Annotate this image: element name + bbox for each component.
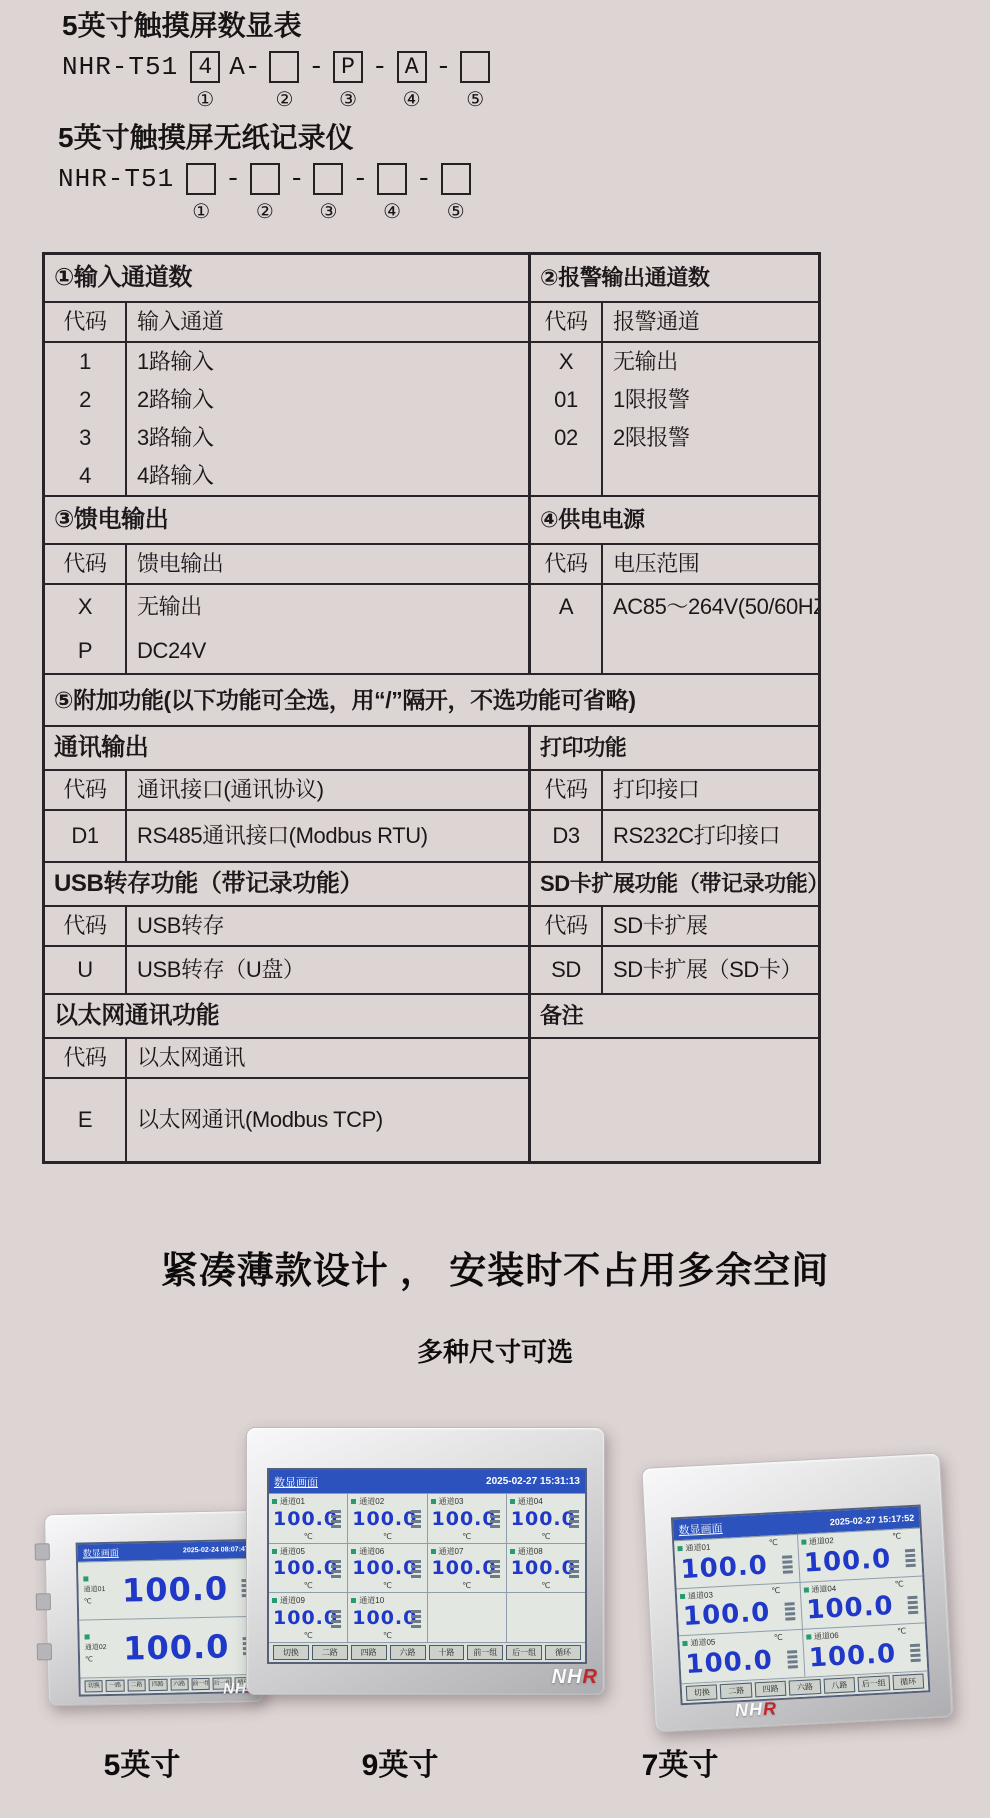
spec-cell-code: A xyxy=(528,585,601,629)
spec-cell-code: 02 xyxy=(528,419,601,457)
channel-cell: 通道04℃100.0 xyxy=(800,1576,925,1629)
spec-cell-desc: RS232C打印接口 xyxy=(601,811,818,861)
spec-col-header: 代码 xyxy=(528,907,601,947)
channel-body: 100.0 xyxy=(510,1557,582,1582)
spec-cell-desc: DC24V xyxy=(125,629,528,673)
spec-cell-code: 4 xyxy=(45,457,125,495)
channel-grid: 通道01100.0℃通道02100.0℃通道03100.0℃通道04100.0℃… xyxy=(269,1493,585,1642)
channel-body: 100.0 xyxy=(431,1557,503,1582)
signal-bars-icon xyxy=(784,1603,795,1621)
channel-status-dot-icon xyxy=(272,1549,277,1554)
screen-button: 前一组 xyxy=(467,1645,503,1660)
spec-section-title: 以太网通讯功能 xyxy=(45,995,528,1039)
screen-button: 六路 xyxy=(789,1679,821,1696)
spec-cell-code: E xyxy=(45,1079,125,1161)
screen-header: 数显画面2025-02-27 15:31:13 xyxy=(269,1470,585,1493)
marketing-subheading: 多种尺寸可选 xyxy=(0,1332,990,1369)
model-code-segment: ② xyxy=(250,163,280,223)
signal-bars-icon xyxy=(490,1560,500,1578)
channel-cell: 通道02℃100.0 xyxy=(79,1617,256,1678)
product-title-paperless-recorder: 5英寸触摸屏无纸记录仪 xyxy=(58,116,477,156)
channel-status-dot-icon xyxy=(803,1587,808,1592)
model-code-text: - xyxy=(308,51,324,83)
spec-cell-code: X xyxy=(528,343,601,381)
model-code-box: 4 xyxy=(190,51,220,83)
spec-cell-desc xyxy=(601,629,818,673)
spec-cell-code: SD xyxy=(528,947,601,993)
spec-col-header: 代码 xyxy=(45,771,125,811)
channel-status-dot-icon xyxy=(801,1539,806,1544)
spec-section-title: 打印功能 xyxy=(528,727,818,771)
model-position-marker: ② xyxy=(256,199,274,223)
spec-cell-desc: AC85～264V(50/60HZ) xyxy=(601,585,818,629)
channel-name: 通道02 xyxy=(359,1496,384,1507)
channel-value: 100.0 xyxy=(111,1572,239,1607)
model-position-marker: ③ xyxy=(339,87,357,111)
channel-body: 100.0 xyxy=(272,1507,344,1532)
model-block-digital-display: 5英寸触摸屏数显表 NHR-T514①A-②-P③-A④-⑤ xyxy=(62,4,496,111)
screen-button-bar: 切换二路四路六路十路前一组后一组循环 xyxy=(269,1642,585,1662)
model-position-marker: ⑤ xyxy=(447,199,465,223)
model-position-marker: ① xyxy=(196,87,214,111)
model-position-marker: ④ xyxy=(383,199,401,223)
model-code-segment: ⑤ xyxy=(460,51,490,111)
channel-value: 100.0 xyxy=(680,1552,768,1583)
channel-name: 通道07 xyxy=(439,1546,464,1557)
channel-status-dot-icon xyxy=(680,1594,685,1599)
model-code-box xyxy=(460,51,490,83)
channel-cell: 通道03100.0℃ xyxy=(428,1494,506,1543)
spec-section-title: SD卡扩展功能（带记录功能） xyxy=(528,863,818,907)
spec-section-title: ⑤附加功能(以下功能可全选，用“/”隔开，不选功能可省略) xyxy=(45,675,818,725)
device-7in: 数显画面2025-02-27 15:17:52通道01℃100.0通道02℃10… xyxy=(641,1452,953,1732)
spec-section-title: ①输入通道数 xyxy=(45,255,528,303)
channel-body: 100.0 xyxy=(678,1548,796,1586)
model-code-segment: ③ xyxy=(313,163,343,223)
channel-body: 100.0 xyxy=(272,1557,344,1582)
signal-bars-icon xyxy=(490,1510,500,1528)
model-code-line: NHR-T514①A-②-P③-A④-⑤ xyxy=(62,51,496,111)
screen-title: 数显画面 xyxy=(274,1474,318,1490)
channel-cell: 通道01℃100.0 xyxy=(78,1559,255,1620)
spec-cell-code: 1 xyxy=(45,343,125,381)
model-code-segment: A④ xyxy=(397,51,427,111)
spec-col-header: 打印接口 xyxy=(601,771,818,811)
spec-cell-code xyxy=(528,629,601,673)
channel-unit: ℃ xyxy=(769,1538,778,1547)
channel-unit: ℃ xyxy=(894,1579,903,1588)
channel-body: 100.0 xyxy=(680,1596,798,1634)
model-block-paperless-recorder: 5英寸触摸屏无纸记录仪 NHR-T51①-②-③-④-⑤ xyxy=(58,116,477,223)
model-code-box xyxy=(186,163,216,195)
screen-button: 四路 xyxy=(149,1679,168,1691)
channel-header: 通道10 xyxy=(351,1595,423,1606)
spec-cell-code: X xyxy=(45,585,125,629)
channel-unit: ℃ xyxy=(85,1655,93,1663)
channel-body: 100.0 xyxy=(510,1507,582,1532)
channel-value: 100.0 xyxy=(511,1510,576,1529)
device-size-label: 5英寸 xyxy=(62,1740,222,1784)
channel-value: 100.0 xyxy=(432,1510,497,1529)
channel-cell: 通道07100.0℃ xyxy=(428,1544,506,1593)
spec-section: USB转存功能（带记录功能）SD卡扩展功能（带记录功能）代码USB转存代码SD卡… xyxy=(45,863,818,995)
channel-unit: ℃ xyxy=(272,1631,344,1640)
spec-col-header: 代码 xyxy=(528,545,601,585)
signal-bars-icon xyxy=(331,1560,341,1578)
brand-logo: NHR xyxy=(735,1698,778,1721)
screen-button: 循环 xyxy=(892,1674,924,1691)
channel-unit: ℃ xyxy=(351,1581,423,1590)
spec-col-header: USB转存 xyxy=(125,907,528,947)
channel-status-dot-icon xyxy=(351,1549,356,1554)
channel-name: 通道01 xyxy=(83,1584,105,1594)
spec-cell-desc: 1路输入 xyxy=(125,343,528,381)
channel-status-dot-icon xyxy=(806,1635,811,1640)
model-code-text: - xyxy=(372,51,388,83)
model-code-box xyxy=(441,163,471,195)
channel-name: 通道02 xyxy=(85,1642,107,1652)
channel-name: 通道05 xyxy=(280,1546,305,1557)
channel-unit: ℃ xyxy=(510,1581,582,1590)
channel-unit: ℃ xyxy=(84,1597,92,1605)
channel-name: 通道08 xyxy=(518,1546,543,1557)
channel-value: 100.0 xyxy=(352,1609,417,1628)
model-prefix: NHR-T51 xyxy=(58,163,174,195)
signal-bars-icon xyxy=(910,1644,921,1662)
screen-button: 一路 xyxy=(106,1680,125,1692)
channel-status-dot-icon xyxy=(510,1499,515,1504)
channel-body: 100.0 xyxy=(351,1606,423,1631)
channel-body: 100.0 xyxy=(351,1507,423,1532)
channel-value: 100.0 xyxy=(511,1559,576,1578)
model-code-box xyxy=(313,163,343,195)
channel-body: 100.0 xyxy=(272,1606,344,1631)
channel-header: 通道03 xyxy=(431,1496,503,1507)
channel-status-dot-icon xyxy=(85,1634,90,1639)
channel-grid: 通道01℃100.0通道02℃100.0 xyxy=(78,1558,256,1678)
model-code-box xyxy=(250,163,280,195)
device-size-label: 7英寸 xyxy=(600,1740,760,1784)
channel-meta: 通道01℃ xyxy=(83,1576,112,1606)
model-code-segment: ④ xyxy=(377,163,407,223)
channel-status-dot-icon xyxy=(431,1549,436,1554)
channel-body: 100.0 xyxy=(804,1589,922,1627)
screen-button: 前一组 xyxy=(191,1678,210,1690)
spec-cell-code: D3 xyxy=(528,811,601,861)
spec-section-title: USB转存功能（带记录功能） xyxy=(45,863,528,907)
channel-unit: ℃ xyxy=(897,1627,906,1636)
screen-button: 后一组 xyxy=(858,1675,890,1692)
channel-meta: 通道02℃ xyxy=(85,1634,114,1664)
screen-timestamp: 2025-02-27 15:31:13 xyxy=(486,1476,580,1487)
channel-value: 100.0 xyxy=(273,1609,338,1628)
screen-title: 数显画面 xyxy=(678,1519,723,1537)
spec-col-header: 代码 xyxy=(45,545,125,585)
model-code-segment: P③ xyxy=(333,51,363,111)
marketing-heading: 紧凑薄款设计 ， 安装时不占用多余空间 xyxy=(0,1240,990,1294)
channel-header: 通道08 xyxy=(510,1546,582,1557)
screen-timestamp: 2025-02-27 15:17:52 xyxy=(829,1512,914,1526)
model-code-segment: ② xyxy=(269,51,299,111)
channel-cell: 通道05℃100.0 xyxy=(679,1630,804,1683)
spec-section: 通讯输出打印功能代码通讯接口(通讯协议)代码打印接口D1RS485通讯接口(Mo… xyxy=(45,727,818,863)
signal-bars-icon xyxy=(569,1560,579,1578)
product-title-digital-display: 5英寸触摸屏数显表 xyxy=(62,4,496,44)
model-code-text: - xyxy=(289,163,305,195)
channel-value: 100.0 xyxy=(808,1641,896,1672)
channel-header: 通道02 xyxy=(351,1496,423,1507)
screen-button: 十路 xyxy=(429,1645,465,1660)
channel-value: 100.0 xyxy=(352,1510,417,1529)
model-code-segment: 4① xyxy=(190,51,220,111)
channel-header: 通道09 xyxy=(272,1595,344,1606)
spec-section: ⑤附加功能(以下功能可全选，用“/”隔开，不选功能可省略) xyxy=(45,675,818,727)
spec-col-header: 代码 xyxy=(528,771,601,811)
channel-value: 100.0 xyxy=(352,1559,417,1578)
screen-button: 二路 xyxy=(312,1645,348,1660)
signal-bars-icon xyxy=(411,1510,421,1528)
spec-cell-desc: 4路输入 xyxy=(125,457,528,495)
channel-status-dot-icon xyxy=(431,1499,436,1504)
screen-button: 四路 xyxy=(754,1681,786,1698)
spec-cell-empty xyxy=(528,1039,818,1161)
screen-button: 六路 xyxy=(170,1678,189,1690)
channel-unit: ℃ xyxy=(351,1532,423,1541)
channel-cell: 通道01℃100.0 xyxy=(674,1535,799,1588)
channel-name: 通道01 xyxy=(280,1496,305,1507)
spec-section-title: ④供电电源 xyxy=(528,497,818,545)
channel-body: 100.0 xyxy=(683,1643,801,1681)
channel-cell: 通道02℃100.0 xyxy=(797,1529,922,1582)
channel-unit: ℃ xyxy=(431,1532,503,1541)
model-position-marker: ② xyxy=(275,87,293,111)
spec-cell-code: 2 xyxy=(45,381,125,419)
channel-unit: ℃ xyxy=(510,1532,582,1541)
channel-grid: 通道01℃100.0通道02℃100.0通道03℃100.0通道04℃100.0… xyxy=(674,1528,927,1684)
spec-cell-desc: RS485通讯接口(Modbus RTU) xyxy=(125,811,528,861)
model-position-marker: ④ xyxy=(403,87,421,111)
screen-button: 切换 xyxy=(686,1684,718,1701)
channel-cell: 通道09100.0℃ xyxy=(269,1593,347,1642)
spec-col-header: SD卡扩展 xyxy=(601,907,818,947)
spec-cell-desc: 无输出 xyxy=(125,585,528,629)
channel-header: 通道05 xyxy=(272,1546,344,1557)
screen-timestamp: 2025-02-24 08:07:47 xyxy=(183,1546,249,1554)
channel-value: 100.0 xyxy=(273,1510,338,1529)
screen-title: 数显画面 xyxy=(83,1546,119,1560)
mounting-lug xyxy=(35,1543,50,1560)
signal-bars-icon xyxy=(782,1555,793,1573)
channel-status-dot-icon xyxy=(351,1598,356,1603)
spec-col-header: 输入通道 xyxy=(125,303,528,343)
model-code-text: - xyxy=(352,163,368,195)
signal-bars-icon xyxy=(569,1510,579,1528)
spec-cell-desc: SD卡扩展（SD卡） xyxy=(601,947,818,993)
model-prefix: NHR-T51 xyxy=(62,51,178,83)
spec-cell-desc: 2限报警 xyxy=(601,419,818,457)
channel-cell: 通道01100.0℃ xyxy=(269,1494,347,1543)
model-code-text: - xyxy=(436,51,452,83)
channel-name: 通道06 xyxy=(359,1546,384,1557)
channel-value: 100.0 xyxy=(273,1559,338,1578)
device-screen: 数显画面2025-02-24 08:07:47通道01℃100.0通道02℃10… xyxy=(76,1539,259,1697)
model-code-box: A xyxy=(397,51,427,83)
channel-cell: 通道10100.0℃ xyxy=(348,1593,426,1642)
model-position-marker: ⑤ xyxy=(466,87,484,111)
screen-button: 二路 xyxy=(127,1679,146,1691)
channel-unit: ℃ xyxy=(431,1581,503,1590)
spec-cell-code: D1 xyxy=(45,811,125,861)
device-9in: 数显画面2025-02-27 15:31:13通道01100.0℃通道02100… xyxy=(246,1427,605,1695)
spec-section: 以太网通讯功能备注代码以太网通讯E以太网通讯(Modbus TCP) xyxy=(45,995,818,1161)
signal-bars-icon xyxy=(905,1549,916,1567)
channel-header: 通道04 xyxy=(510,1496,582,1507)
channel-body: 100.0 xyxy=(431,1507,503,1532)
model-code-box xyxy=(377,163,407,195)
mounting-lug xyxy=(37,1643,52,1660)
signal-bars-icon xyxy=(331,1610,341,1628)
spec-col-header: 以太网通讯 xyxy=(125,1039,528,1079)
channel-cell: 通道08100.0℃ xyxy=(507,1544,585,1593)
channel-unit: ℃ xyxy=(351,1631,423,1640)
spec-cell-desc: USB转存（U盘） xyxy=(125,947,528,993)
spec-col-header: 通讯接口(通讯协议) xyxy=(125,771,528,811)
channel-cell: 通道06100.0℃ xyxy=(348,1544,426,1593)
channel-value: 100.0 xyxy=(806,1593,894,1624)
device-screen: 数显画面2025-02-27 15:17:52通道01℃100.0通道02℃10… xyxy=(671,1504,930,1705)
channel-name: 通道03 xyxy=(439,1496,464,1507)
channel-cell: 通道03℃100.0 xyxy=(677,1583,802,1636)
spec-section-title: ②报警输出通道数 xyxy=(528,255,818,303)
channel-value: 100.0 xyxy=(685,1648,773,1679)
spec-col-header: 电压范围 xyxy=(601,545,818,585)
screen-button: 循环 xyxy=(545,1645,581,1660)
screen-button: 四路 xyxy=(351,1645,387,1660)
spec-col-header: 代码 xyxy=(45,907,125,947)
spec-section: ③馈电输出④供电电源代码馈电输出代码电压范围X无输出AAC85～264V(50/… xyxy=(45,497,818,675)
model-code-box: P xyxy=(333,51,363,83)
channel-status-dot-icon xyxy=(272,1598,277,1603)
model-code-segment: ⑤ xyxy=(441,163,471,223)
spec-cell-code: U xyxy=(45,947,125,993)
model-code-line: NHR-T51①-②-③-④-⑤ xyxy=(58,163,477,223)
model-code-box xyxy=(269,51,299,83)
channel-value: 100.0 xyxy=(803,1546,891,1577)
spec-cell-desc: 2路输入 xyxy=(125,381,528,419)
channel-value: 100.0 xyxy=(682,1600,770,1631)
channel-body: 100.0 xyxy=(351,1557,423,1582)
channel-cell: 通道04100.0℃ xyxy=(507,1494,585,1543)
channel-unit: ℃ xyxy=(272,1532,344,1541)
spec-col-header: 代码 xyxy=(45,303,125,343)
channel-body: 100.0 xyxy=(801,1542,919,1580)
device-5in: 数显画面2025-02-24 08:07:47通道01℃100.0通道02℃10… xyxy=(44,1510,264,1706)
spec-col-header: 报警通道 xyxy=(601,303,818,343)
screen-button: 二路 xyxy=(720,1683,752,1700)
channel-status-dot-icon xyxy=(83,1576,88,1581)
spec-cell-desc xyxy=(601,457,818,495)
signal-bars-icon xyxy=(787,1650,798,1668)
brand-logo: NHR xyxy=(552,1666,598,1689)
channel-status-dot-icon xyxy=(351,1499,356,1504)
channel-status-dot-icon xyxy=(677,1546,682,1551)
channel-cell: 通道05100.0℃ xyxy=(269,1544,347,1593)
signal-bars-icon xyxy=(331,1510,341,1528)
spec-col-header: 代码 xyxy=(528,303,601,343)
channel-value: 100.0 xyxy=(432,1559,497,1578)
spec-cell-code: P xyxy=(45,629,125,673)
product-spec-page: 5英寸触摸屏数显表 NHR-T514①A-②-P③-A④-⑤ 5英寸触摸屏无纸记… xyxy=(0,0,990,1818)
channel-status-dot-icon xyxy=(510,1549,515,1554)
channel-unit: ℃ xyxy=(892,1532,901,1541)
device-size-label: 9英寸 xyxy=(320,1740,480,1784)
channel-body: 100.0 xyxy=(806,1637,924,1675)
spec-cell-code: 3 xyxy=(45,419,125,457)
screen-button: 切换 xyxy=(85,1680,104,1692)
spec-col-header: 代码 xyxy=(45,1039,125,1079)
spec-cell-desc: 以太网通讯(Modbus TCP) xyxy=(125,1079,528,1161)
channel-cell: 通道02100.0℃ xyxy=(348,1494,426,1543)
model-position-marker: ③ xyxy=(319,199,337,223)
channel-name: 通道04 xyxy=(518,1496,543,1507)
channel-unit: ℃ xyxy=(771,1586,780,1595)
channel-cell: 通道06℃100.0 xyxy=(802,1624,927,1677)
model-code-text: - xyxy=(416,163,432,195)
spec-col-header: 馈电输出 xyxy=(125,545,528,585)
spec-section: ①输入通道数②报警输出通道数代码输入通道代码报警通道11路输入X无输出22路输入… xyxy=(45,255,818,497)
channel-value: 100.0 xyxy=(113,1630,241,1665)
spec-section-title: 通讯输出 xyxy=(45,727,528,771)
device-screen: 数显画面2025-02-27 15:31:13通道01100.0℃通道02100… xyxy=(267,1468,587,1664)
screen-button: 八路 xyxy=(823,1677,855,1694)
channel-unit: ℃ xyxy=(774,1633,783,1642)
screen-button: 后一组 xyxy=(506,1645,542,1660)
signal-bars-icon xyxy=(411,1560,421,1578)
channel-header: 通道06 xyxy=(351,1546,423,1557)
model-code-text: A- xyxy=(229,51,260,83)
spec-cell-desc: 3路输入 xyxy=(125,419,528,457)
channel-header: 通道07 xyxy=(431,1546,503,1557)
model-code-segment: ① xyxy=(186,163,216,223)
spec-cell-desc: 无输出 xyxy=(601,343,818,381)
channel-name: 通道10 xyxy=(359,1595,384,1606)
spec-section-title: 备注 xyxy=(528,995,818,1039)
ordering-spec-table: ①输入通道数②报警输出通道数代码输入通道代码报警通道11路输入X无输出22路输入… xyxy=(42,252,821,1164)
model-code-text: - xyxy=(225,163,241,195)
channel-status-dot-icon xyxy=(682,1641,687,1646)
spec-section-title: ③馈电输出 xyxy=(45,497,528,545)
channel-cell xyxy=(507,1593,585,1642)
signal-bars-icon xyxy=(411,1610,421,1628)
channel-header: 通道01 xyxy=(272,1496,344,1507)
model-position-marker: ① xyxy=(192,199,210,223)
spec-cell-code xyxy=(528,457,601,495)
screen-button: 切换 xyxy=(273,1645,309,1660)
channel-unit: ℃ xyxy=(272,1581,344,1590)
mounting-lug xyxy=(36,1593,51,1610)
screen-button: 六路 xyxy=(390,1645,426,1660)
spec-cell-code: 01 xyxy=(528,381,601,419)
signal-bars-icon xyxy=(907,1596,918,1614)
channel-name: 通道09 xyxy=(280,1595,305,1606)
spec-cell-desc: 1限报警 xyxy=(601,381,818,419)
channel-status-dot-icon xyxy=(272,1499,277,1504)
channel-cell xyxy=(428,1593,506,1642)
